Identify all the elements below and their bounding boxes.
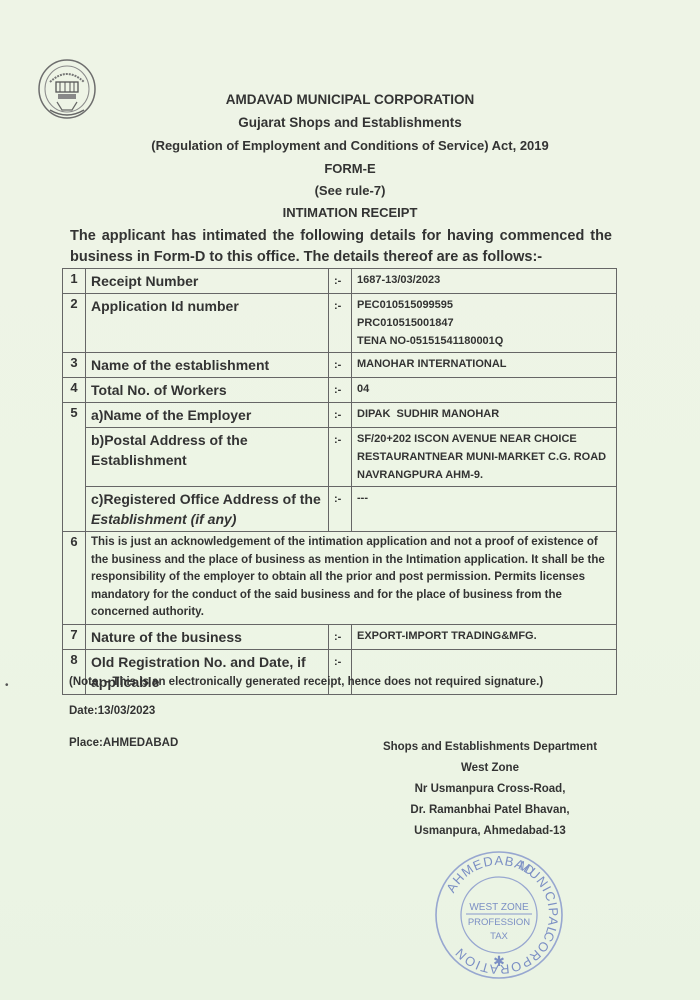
row-number: 3 xyxy=(63,353,86,378)
stamp-star-icon: ✱ xyxy=(493,953,505,969)
row-separator: :- xyxy=(329,428,352,487)
application-id-pec: PEC010515099595 xyxy=(357,296,611,314)
receipt-number-value: 1687-13/03/2023 xyxy=(352,269,617,294)
row-label: Receipt Number xyxy=(86,269,329,294)
row-number: 1 xyxy=(63,269,86,294)
table-row: 4 Total No. of Workers :- 04 xyxy=(63,378,617,403)
acknowledgement-note: This is just an acknowledgement of the i… xyxy=(86,532,617,625)
row-separator: :- xyxy=(329,269,352,294)
row-label: Name of the establishment xyxy=(86,353,329,378)
workers-count-value: 04 xyxy=(352,378,617,403)
act-subtitle: (Regulation of Employment and Conditions… xyxy=(0,138,700,153)
department-address-line: Usmanpura, Ahmedabad-13 xyxy=(370,821,610,842)
row-number: 6 xyxy=(63,532,86,625)
table-row: 2 Application Id number :- PEC0105150995… xyxy=(63,294,617,353)
electronic-receipt-note: (Note: - This is an electronically gener… xyxy=(69,676,543,688)
department-address-line: Dr. Ramanbhai Patel Bhavan, xyxy=(370,800,610,821)
row-label: b)Postal Address of the Establishment xyxy=(86,428,329,487)
row-separator: :- xyxy=(329,353,352,378)
table-row: 5 a)Name of the Employer :- DIPAK SUDHIR… xyxy=(63,403,617,428)
row-label-italic: Establishment (if any) xyxy=(91,511,236,527)
row-number: 2 xyxy=(63,294,86,353)
row-label-main: c)Registered Office Address of the xyxy=(91,491,321,507)
table-row: 3 Name of the establishment :- MANOHAR I… xyxy=(63,353,617,378)
table-row: 6 This is just an acknowledgement of the… xyxy=(63,532,617,625)
employer-name-value: DIPAK SUDHIR MANOHAR xyxy=(352,403,617,428)
row-label: Nature of the business xyxy=(86,624,329,649)
details-table: 1 Receipt Number :- 1687-13/03/2023 2 Ap… xyxy=(62,268,617,695)
doc-title: INTIMATION RECEIPT xyxy=(0,205,700,220)
establishment-name-value: MANOHAR INTERNATIONAL xyxy=(352,353,617,378)
business-nature-value: EXPORT-IMPORT TRADING&MFG. xyxy=(352,624,617,649)
row-label: Application Id number xyxy=(86,294,329,353)
row-number: 4 xyxy=(63,378,86,403)
row-label: Total No. of Workers xyxy=(86,378,329,403)
rule-ref: (See rule-7) xyxy=(0,183,700,198)
table-row: b)Postal Address of the Establishment :-… xyxy=(63,428,617,487)
row-label: c)Registered Office Address of the Estab… xyxy=(86,487,329,532)
intro-paragraph: The applicant has intimated the followin… xyxy=(70,226,612,268)
row-separator: :- xyxy=(329,294,352,353)
act-title: Gujarat Shops and Establishments xyxy=(0,115,700,130)
application-id-prc: PRC010515001847 xyxy=(357,314,611,332)
application-id-tena: TENA NO-05151541180001Q xyxy=(357,332,611,350)
department-zone: West Zone xyxy=(370,758,610,779)
row-number xyxy=(63,428,86,487)
row-separator: :- xyxy=(329,403,352,428)
row-separator: :- xyxy=(329,487,352,532)
registered-office-value: --- xyxy=(352,487,617,532)
document-page: AMDAVAD MUNICIPAL CORPORATION Gujarat Sh… xyxy=(0,0,700,1000)
postal-address-value: SF/20+202 ISCON AVENUE NEAR CHOICE RESTA… xyxy=(352,428,617,487)
row-number xyxy=(63,487,86,532)
table-row: c)Registered Office Address of the Estab… xyxy=(63,487,617,532)
department-address-line: Nr Usmanpura Cross-Road, xyxy=(370,779,610,800)
official-stamp: AHMEDABAD MUNICIPAL CORPORATION ✱ WEST Z… xyxy=(432,848,566,982)
scan-mark: • xyxy=(5,680,9,691)
row-number: 5 xyxy=(63,403,86,428)
table-row: 7 Nature of the business :- EXPORT-IMPOR… xyxy=(63,624,617,649)
row-number: 7 xyxy=(63,624,86,649)
row-separator: :- xyxy=(329,624,352,649)
form-name: FORM-E xyxy=(0,161,700,176)
stamp-center-profession: PROFESSION xyxy=(468,917,530,928)
application-id-values: PEC010515099595 PRC010515001847 TENA NO-… xyxy=(352,294,617,353)
row-label: a)Name of the Employer xyxy=(86,403,329,428)
receipt-place: Place:AHMEDABAD xyxy=(69,737,178,749)
row-separator: :- xyxy=(329,378,352,403)
department-name: Shops and Establishments Department xyxy=(370,737,610,758)
department-address: Shops and Establishments Department West… xyxy=(370,737,610,842)
org-name: AMDAVAD MUNICIPAL CORPORATION xyxy=(0,92,700,107)
stamp-center-zone: WEST ZONE xyxy=(469,902,529,913)
table-row: 1 Receipt Number :- 1687-13/03/2023 xyxy=(63,269,617,294)
stamp-center-tax: TAX xyxy=(490,931,508,942)
receipt-date: Date:13/03/2023 xyxy=(69,705,155,717)
